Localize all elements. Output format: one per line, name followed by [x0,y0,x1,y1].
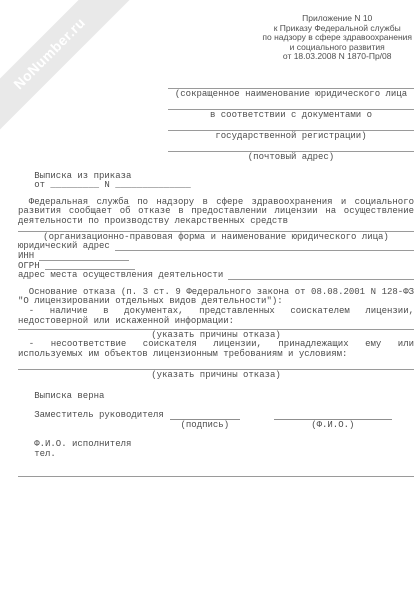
addressee-item: (почтовый адрес) [168,151,414,162]
fill-in-line [228,272,414,280]
inn-field: ИНН [18,252,414,262]
fio-line [274,411,392,420]
verified-text: Выписка верна [18,392,414,402]
page-divider-line [18,476,414,477]
document-body: Приложение N 10 к Приказу Федеральной сл… [18,14,414,477]
addressee-caption: государственной регистрации) [168,131,414,141]
document-page: NoNumber.ru Приложение N 10 к Приказу Фе… [0,0,420,600]
header-line: от 18.03.2008 N 1870-Пр/08 [262,52,412,62]
addressee-caption: (сокращенное наименование юридического л… [168,89,414,99]
executor-phone-label: тел. [18,450,414,460]
activity-address-field: адрес места осуществления деятельности [18,271,414,281]
signature-caption: (подпись) [170,420,240,430]
signer-label: Заместитель руководителя [34,411,164,430]
reason-1-paragraph: - наличие в документах, представленных с… [18,307,414,326]
addressee-block: (сокращенное наименование юридического л… [168,88,414,162]
fio-caption: (Ф.И.О.) [274,420,392,430]
extract-date-number-line: от _________ N ______________ [18,181,414,191]
executor-name-label: Ф.И.О. исполнителя [18,440,414,450]
addressee-caption: (почтовый адрес) [168,152,414,162]
legal-address-field: юридический адрес [18,242,414,252]
signature-area: (подпись) [170,411,240,430]
activity-address-label: адрес места осуществления деятельности [18,271,223,281]
reason-caption: (указать причины отказа) [18,370,414,380]
signature-row: Заместитель руководителя (подпись) (Ф.И.… [18,411,414,430]
addressee-item: государственной регистрации) [168,130,414,141]
fio-area: (Ф.И.О.) [274,411,392,430]
basis-paragraph: Основание отказа (п. 3 ст. 9 Федеральног… [18,288,414,307]
refusal-paragraph: Федеральная служба по надзору в сфере зд… [18,198,414,227]
appendix-header: Приложение N 10 к Приказу Федеральной сл… [262,14,412,62]
fill-in-line [39,253,129,261]
fill-in-line [115,243,414,251]
signature-line [170,411,240,420]
reason-2-paragraph: - несоответствие соискателя лицензии, пр… [18,340,414,359]
fill-in-line [45,262,135,270]
addressee-item: (сокращенное наименование юридического л… [168,88,414,99]
addressee-item: в соответствии с документами о [168,109,414,120]
addressee-caption: в соответствии с документами о [168,110,414,120]
